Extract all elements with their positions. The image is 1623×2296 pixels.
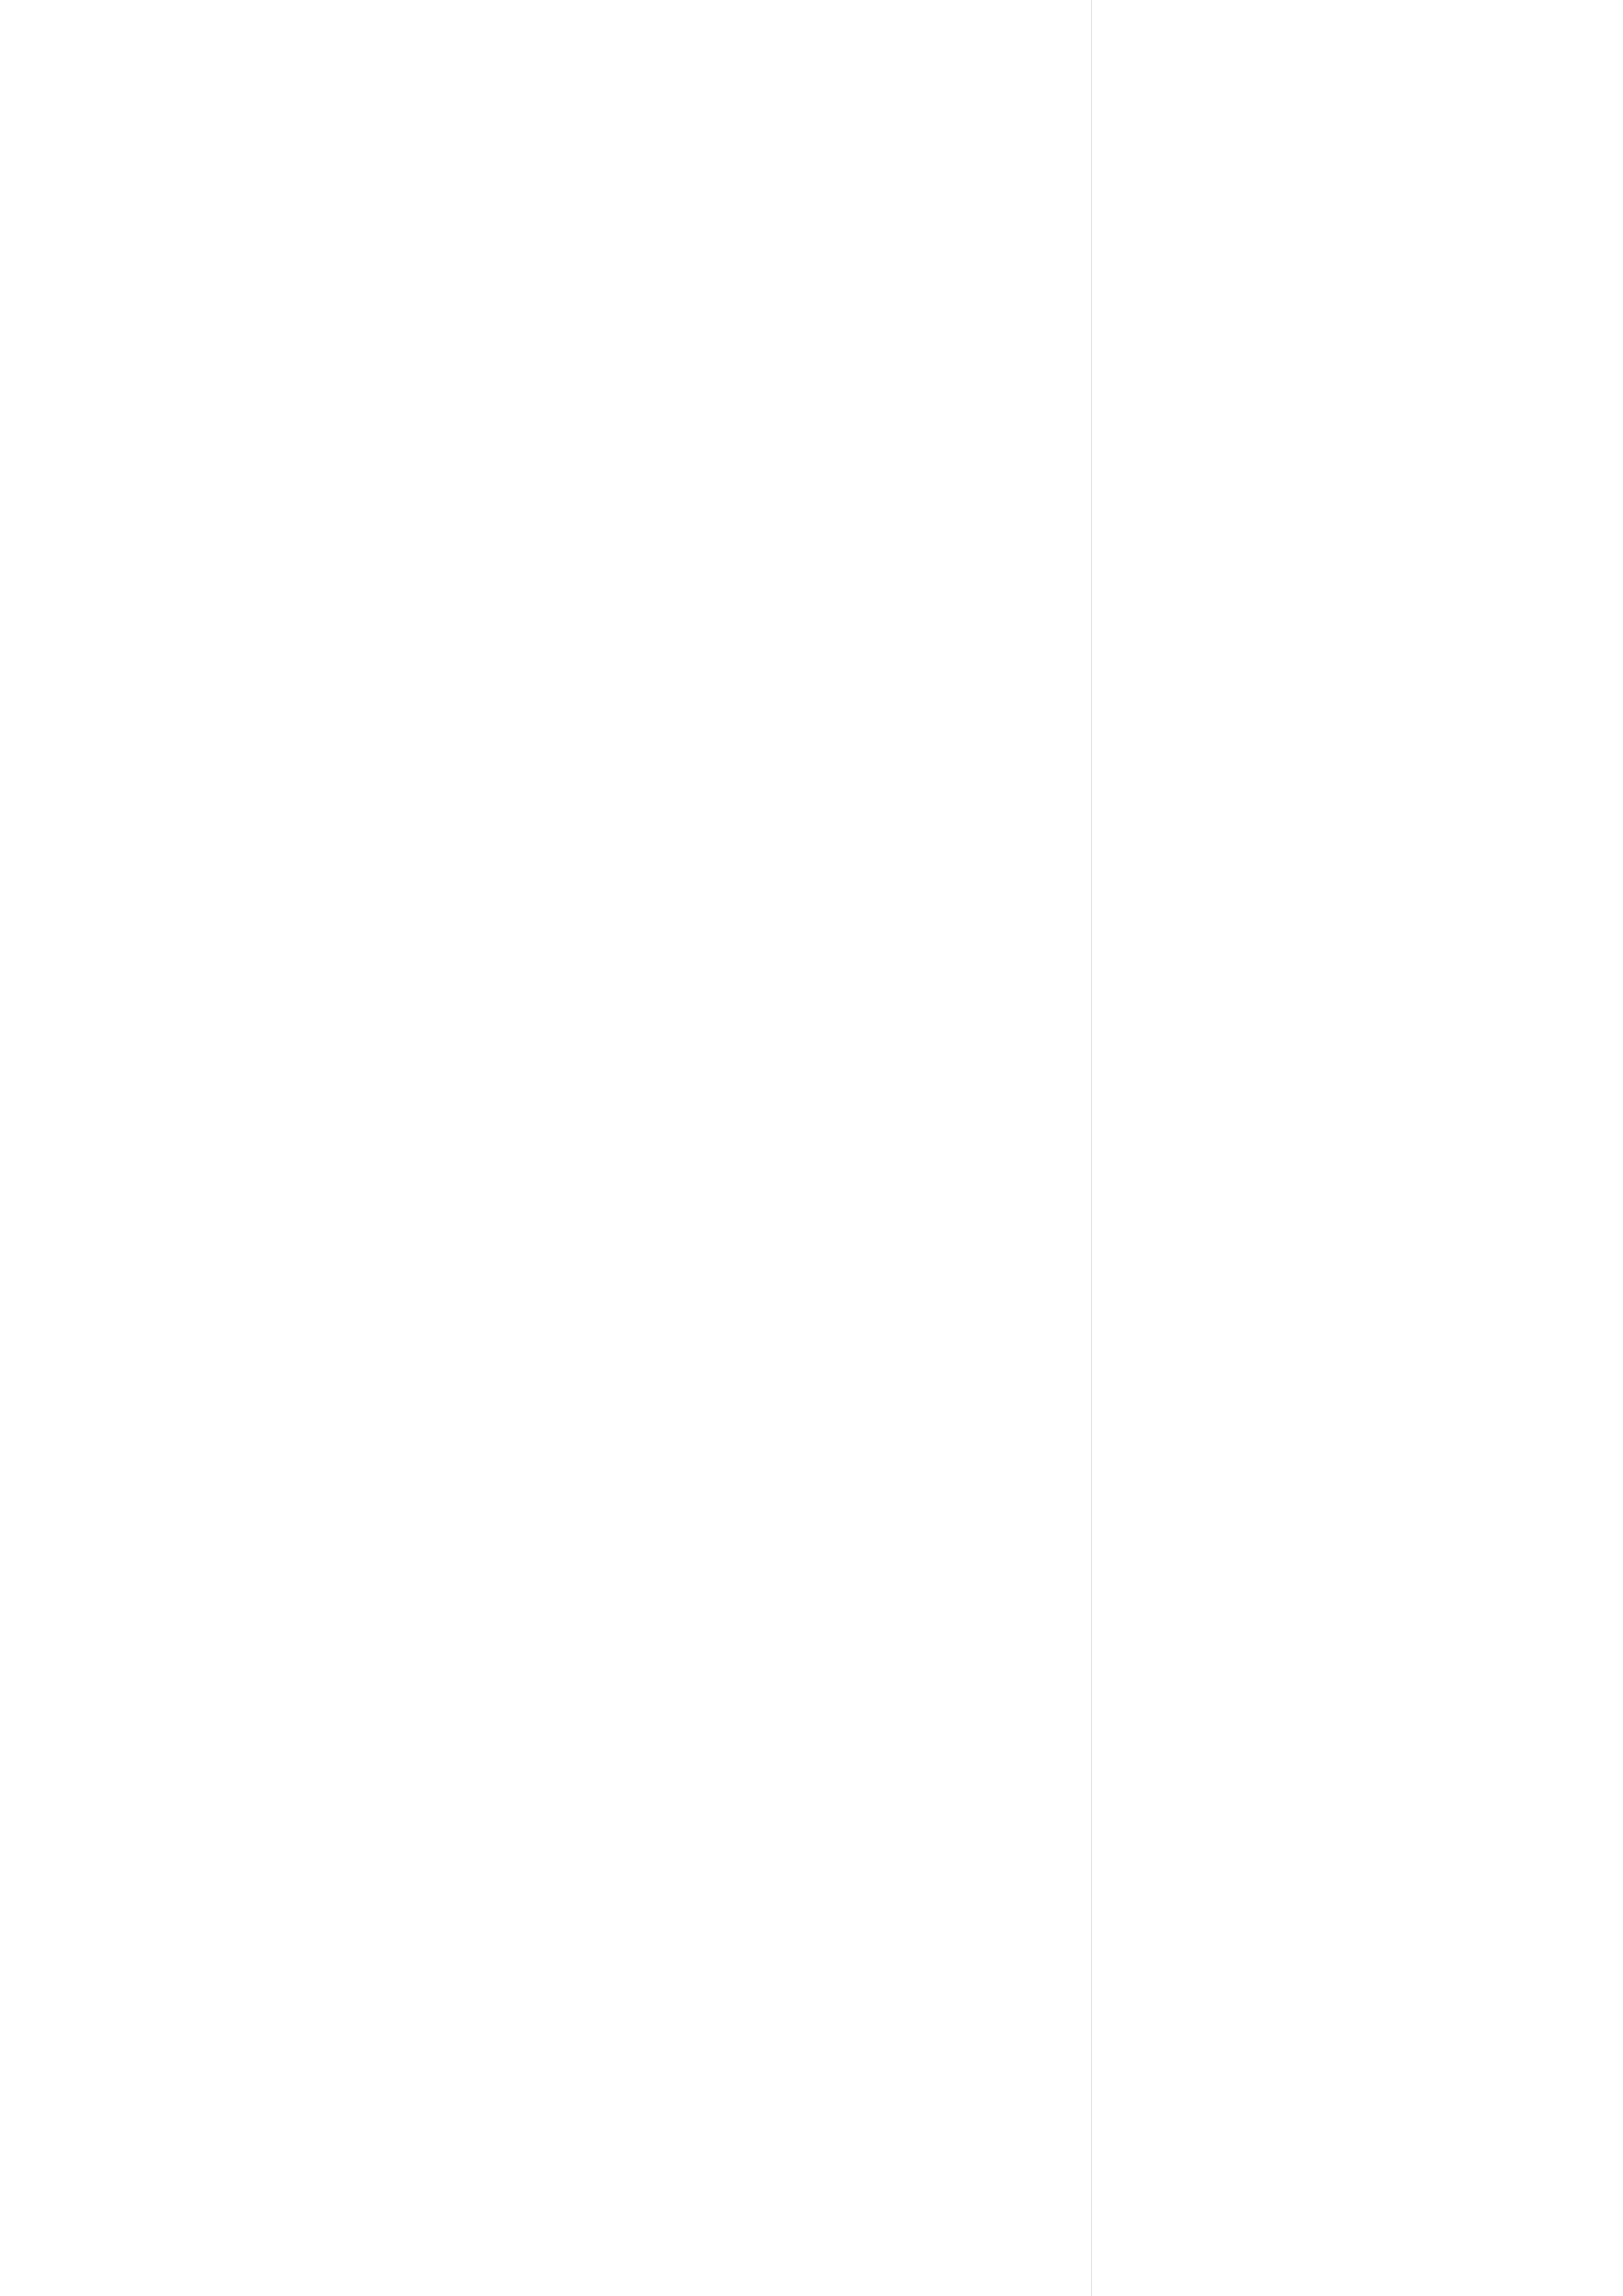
scan-fold-line: [1091, 0, 1092, 2296]
